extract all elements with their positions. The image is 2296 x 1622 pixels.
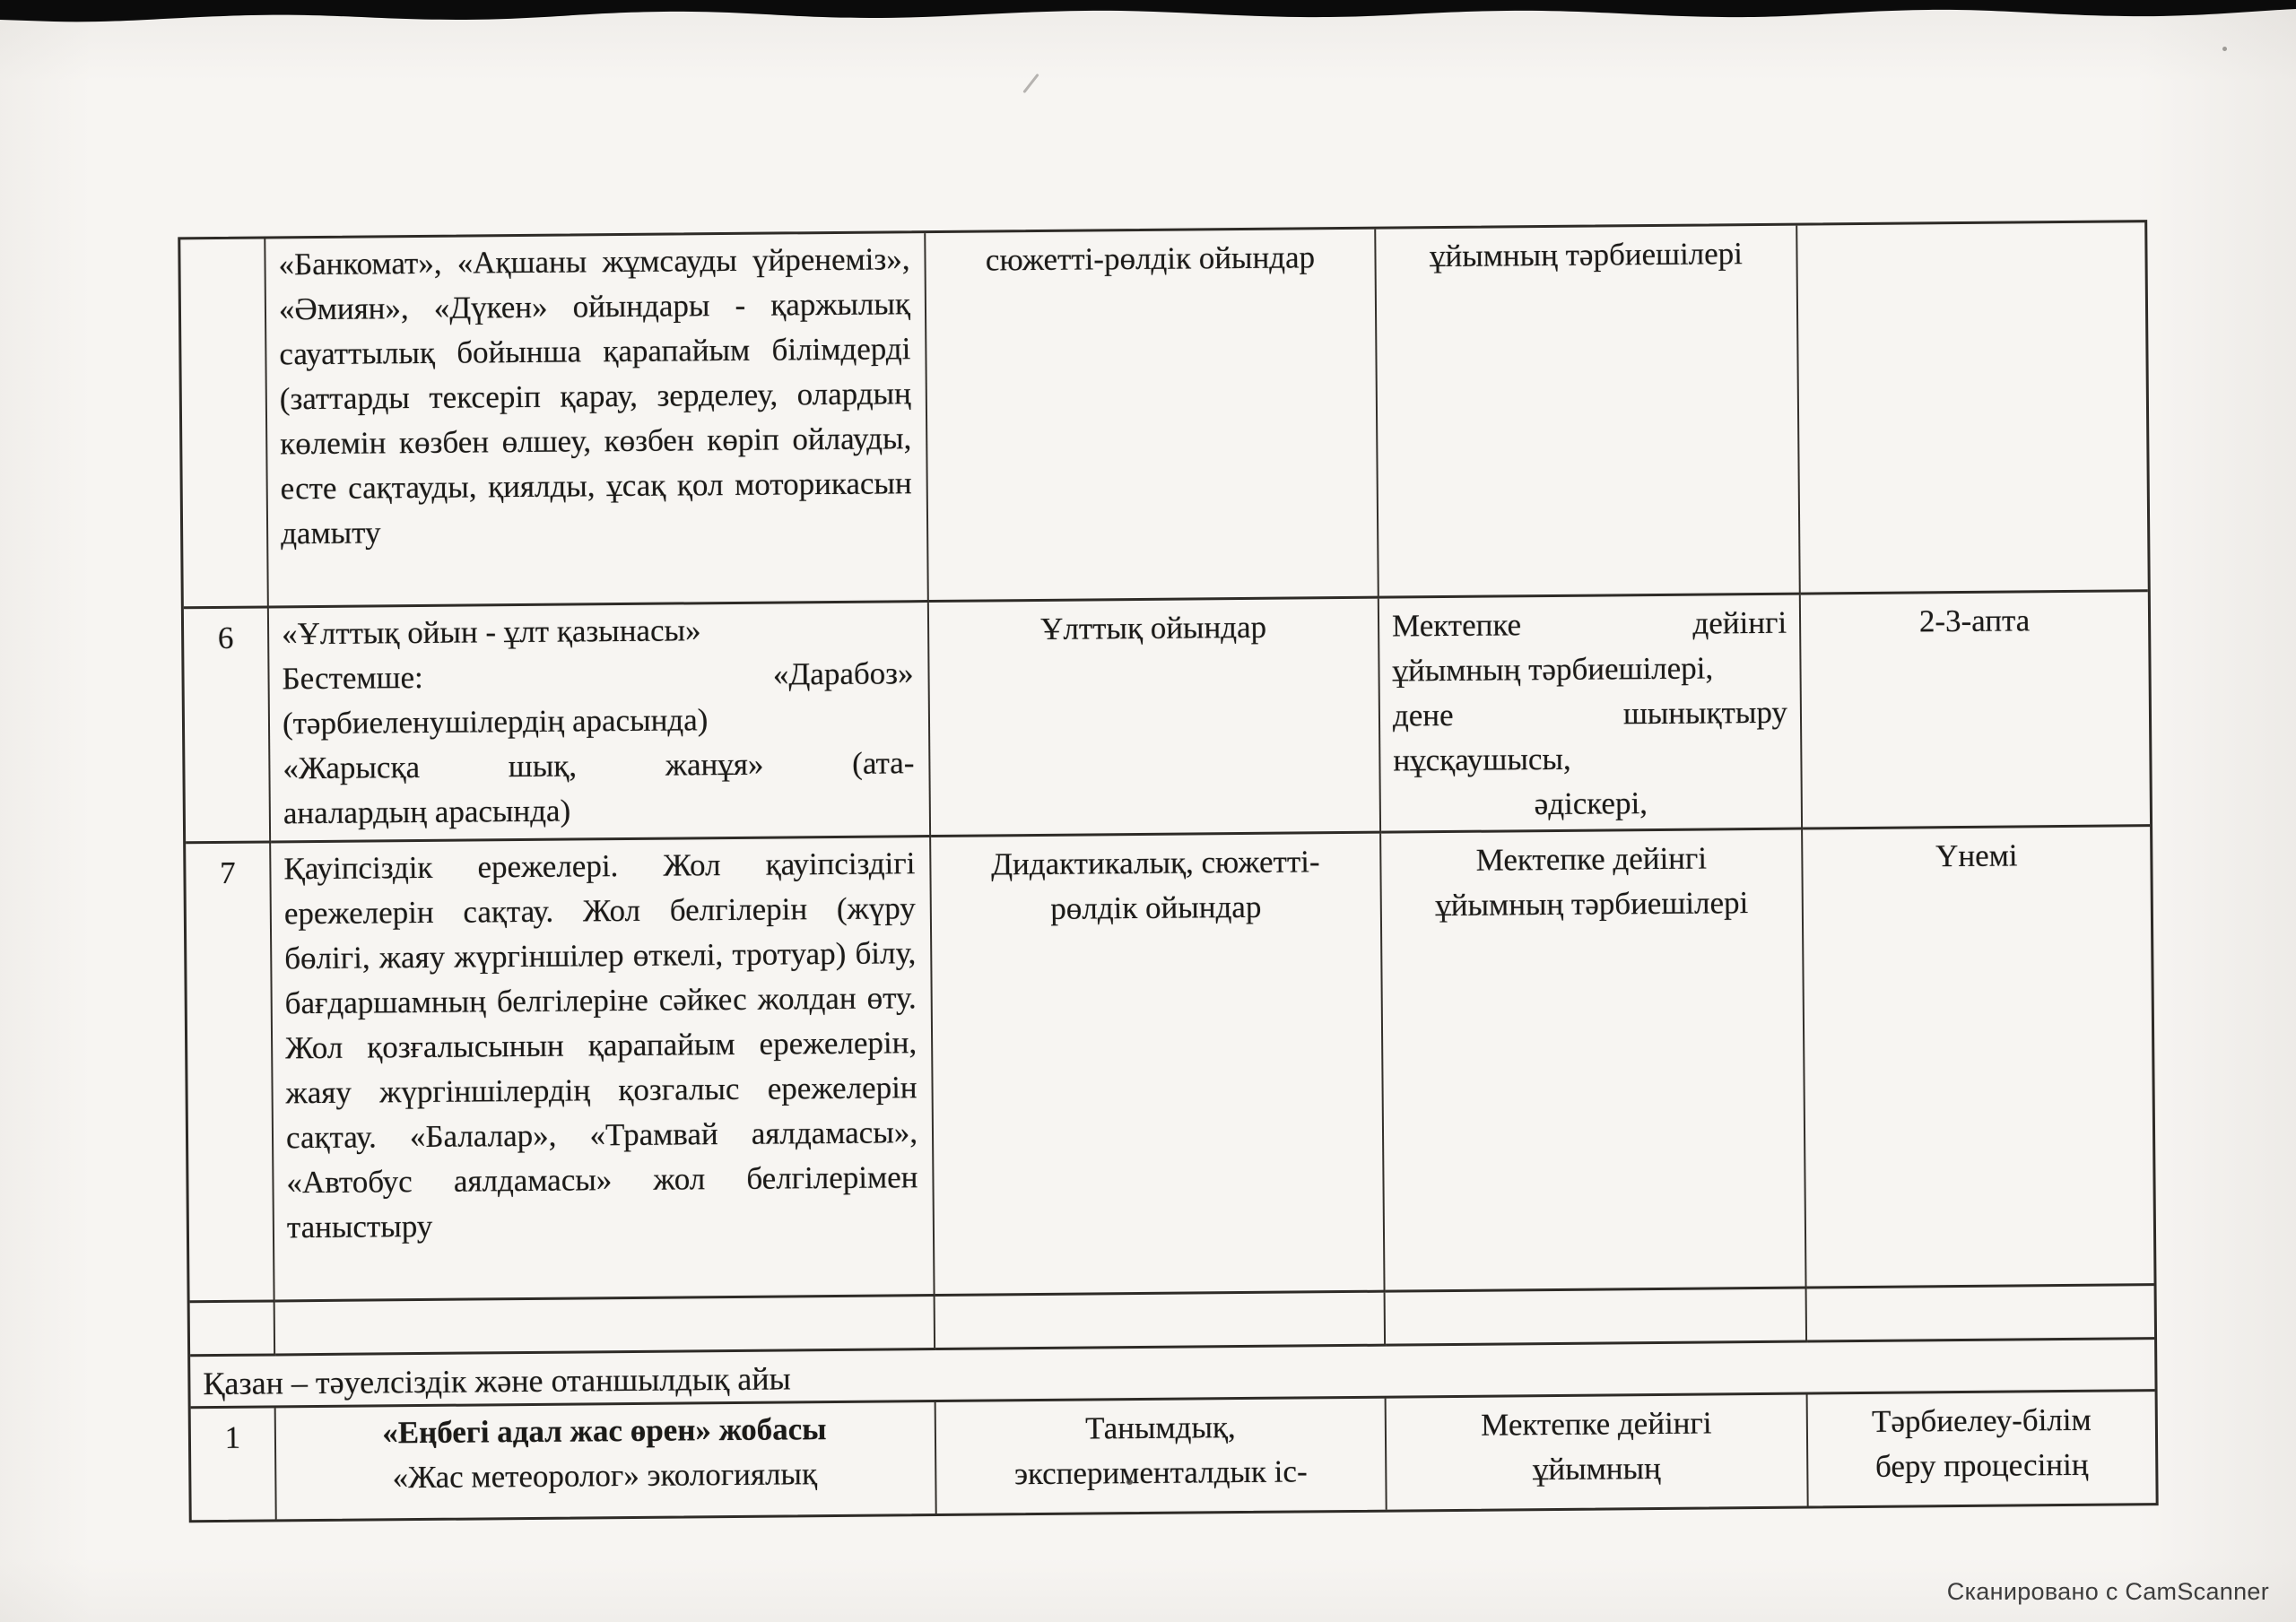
responsible-line: ұйымның тәрбиешілері,	[1392, 646, 1787, 694]
activity-plan-table: «Банкомат», «Ақшаны жұмсауды үйренеміз»,…	[178, 220, 2158, 1522]
camscanner-watermark: Сканировано с CamScanner	[1947, 1578, 2269, 1606]
table-row-october-1: 1 «Еңбегі адал жас өрен» жобасы «Жас мет…	[191, 1392, 2156, 1520]
cell-game-type: Дидактикалық, сюжетті- рөлдік ойындар	[931, 834, 1385, 1297]
table-row-7: 7 Қауіпсіздік ережелері. Жол қауіпсіздіг…	[186, 827, 2153, 1303]
cell-responsible: Мектепке дейінгі ұйымның	[1387, 1395, 1809, 1510]
cell-responsible	[1386, 1289, 1808, 1347]
cell-activity	[275, 1297, 935, 1356]
cell-activity: «Ұлттық ойын - ұлт қазынасы» Бестемше: «…	[269, 603, 931, 843]
activity-line: Бестемше: «Дарабоз»	[282, 651, 913, 701]
cell-number	[180, 239, 269, 609]
cell-number	[190, 1302, 276, 1357]
cell-timing: 2-3-апта	[1801, 592, 2150, 829]
cell-activity: Қауіпсіздік ережелері. Жол қауіпсіздігі …	[271, 837, 935, 1302]
cell-activity: «Еңбегі адал жас өрен» жобасы «Жас метео…	[276, 1402, 937, 1519]
scanned-page: «Банкомат», «Ақшаны жұмсауды үйренеміз»,…	[0, 0, 2296, 1622]
cell-timing	[1797, 222, 2148, 594]
cell-timing: Үнемі	[1803, 827, 2153, 1288]
cell-activity: «Банкомат», «Ақшаны жұмсауды үйренеміз»,…	[265, 233, 929, 608]
project-title: «Еңбегі адал жас өрен» жобасы	[289, 1406, 920, 1456]
cell-responsible: Мектепке дейінгі ұйымның тәрбиешілері	[1381, 830, 1806, 1293]
cell-responsible: Мектепке дейінгі ұйымның тәрбиешілері, д…	[1379, 595, 1803, 834]
scan-hairline-artifact	[1022, 74, 1039, 93]
cell-game-type: Танымдық, эксперименталдык іс-	[936, 1399, 1387, 1514]
cell-timing: Тәрбиелеу-білім беру процесінің	[1808, 1392, 2156, 1505]
activity-line: «Жарысқа шық, жанұя» (ата-	[283, 741, 914, 791]
responsible-line: Мектепке дейінгі	[1392, 601, 1787, 649]
cell-number: 6	[184, 608, 271, 844]
table-row-6: 6 «Ұлттық ойын - ұлт қазынасы» Бестемше:…	[184, 592, 2150, 844]
ink-speck	[2222, 47, 2227, 51]
activity-line: (тәрбиеленушілердің арасында)	[283, 696, 914, 746]
responsible-line: дене шынықтыру	[1393, 690, 1787, 739]
scan-artifact-top-band	[0, 0, 2296, 32]
responsible-line: нұсқаушысы,	[1393, 735, 1787, 784]
table-row-continuation: «Банкомат», «Ақшаны жұмсауды үйренеміз»,…	[180, 222, 2148, 609]
cell-timing	[1807, 1286, 2155, 1342]
activity-line: аналардың арасында)	[283, 785, 915, 836]
cell-responsible: ұйымның тәрбиешілері	[1376, 226, 1801, 599]
activity-line: «Ұлттық ойын - ұлт қазынасы»	[282, 606, 913, 656]
project-subtitle: «Жас метеоролог» экологиялық	[289, 1451, 920, 1501]
cell-game-type	[935, 1293, 1387, 1350]
cell-number: 1	[191, 1408, 277, 1520]
ink-speck	[1126, 1479, 1133, 1485]
responsible-line: әдіскері,	[1394, 780, 1788, 828]
cell-game-type: Ұлттық ойындар	[929, 599, 1381, 837]
cell-game-type: сюжетті-рөлдік ойындар	[926, 230, 1379, 603]
cell-number: 7	[186, 843, 274, 1303]
